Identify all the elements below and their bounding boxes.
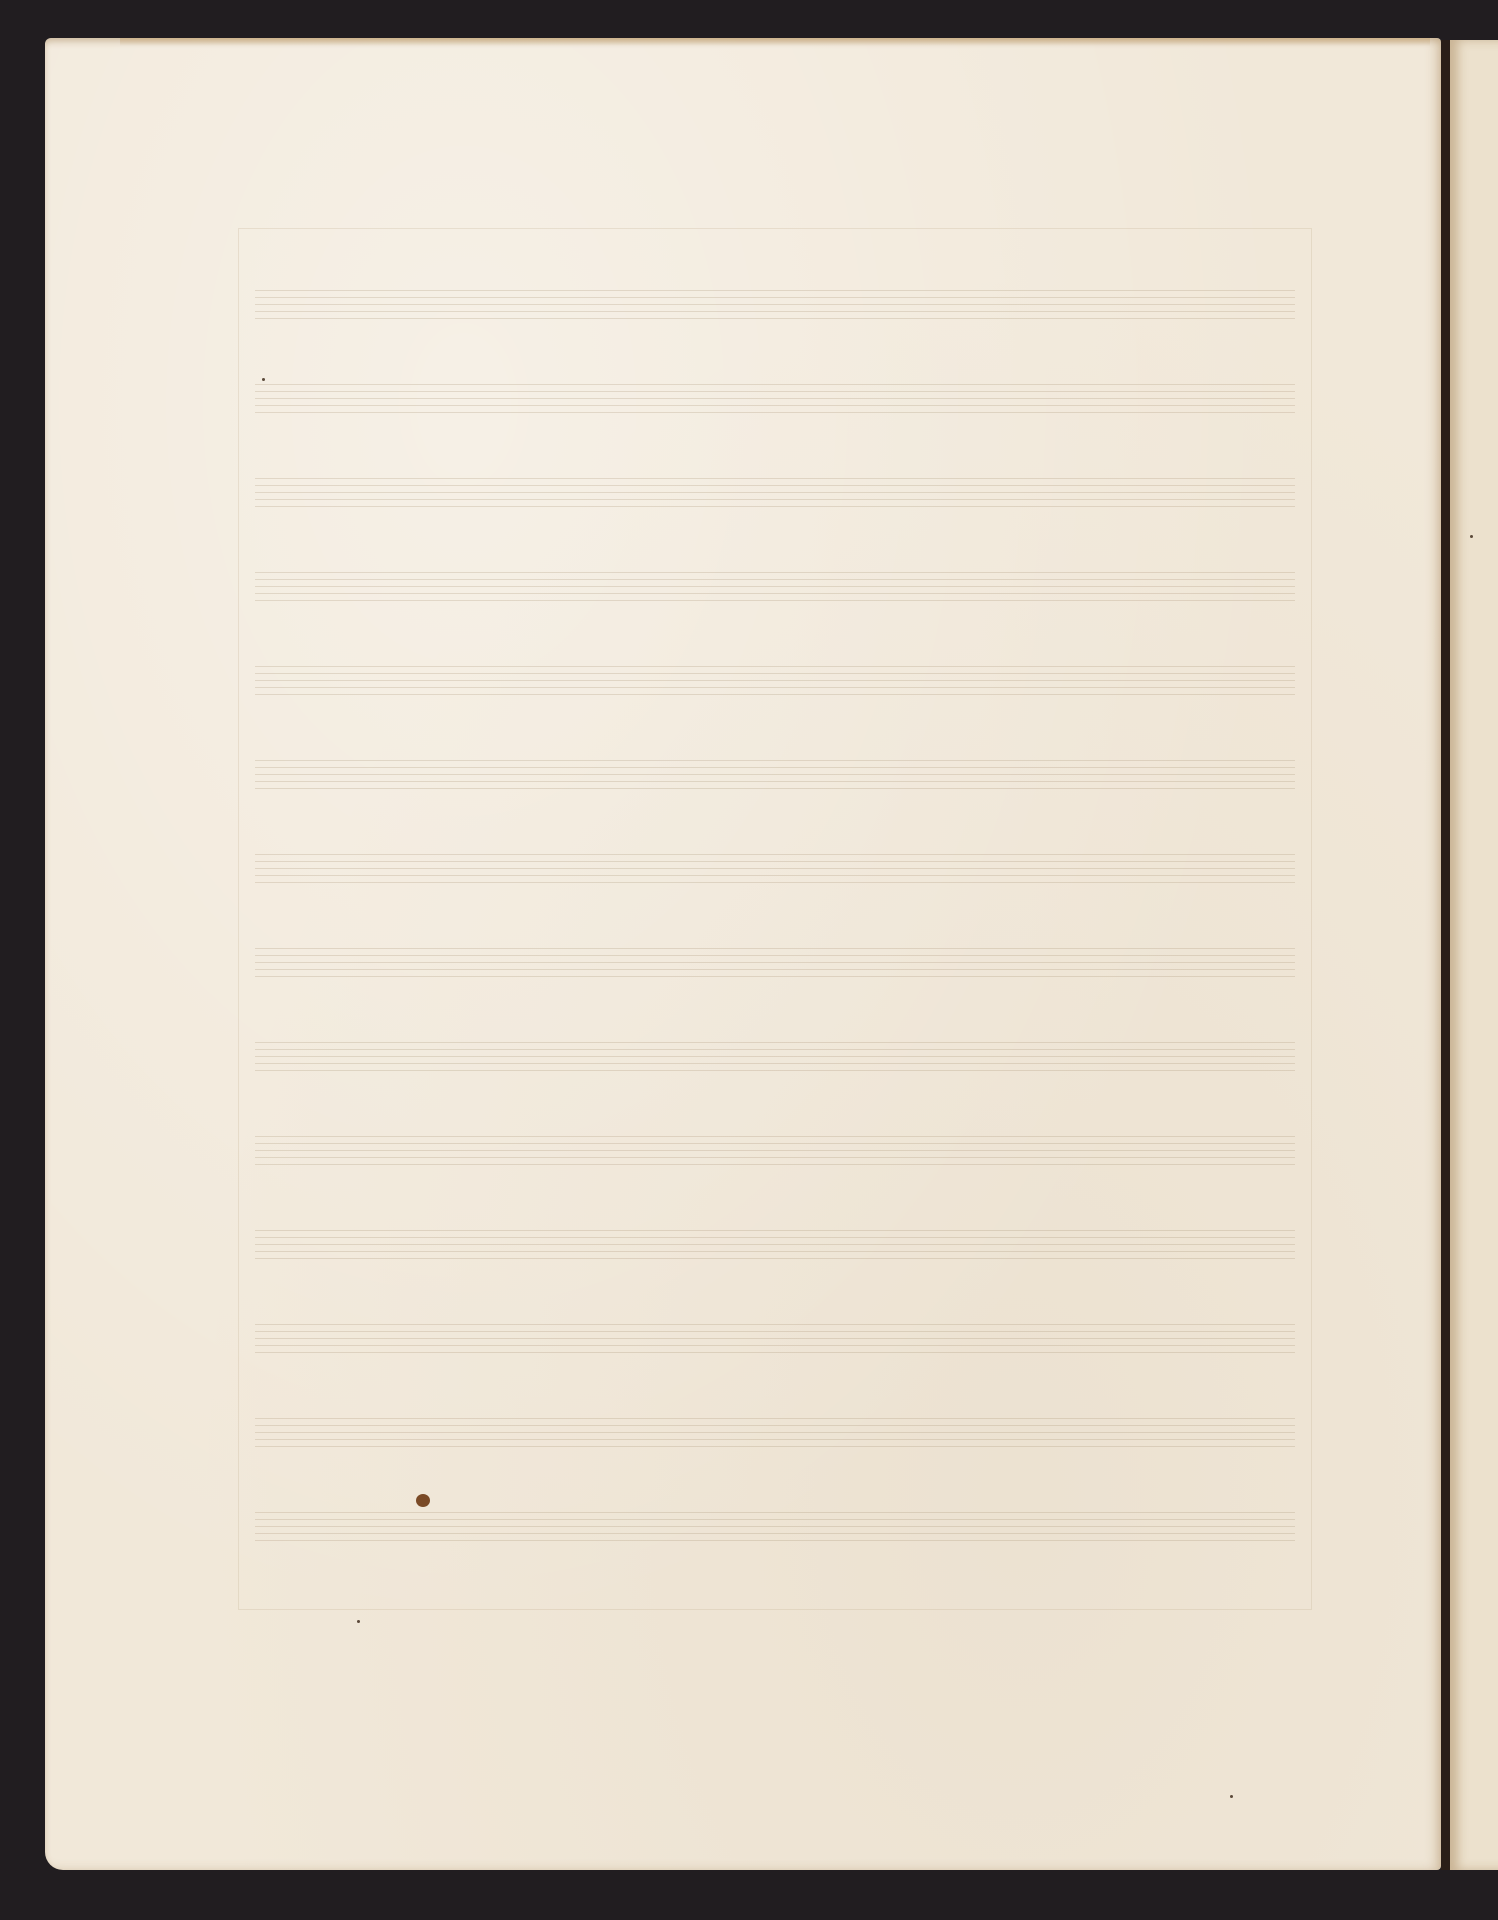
staff-system [255,1136,1295,1170]
staff-system [255,1042,1295,1076]
speck [1230,1795,1233,1798]
staff-system [255,478,1295,512]
staff-system [255,760,1295,794]
speck [262,378,265,381]
staff-system [255,572,1295,606]
staff-system [255,384,1295,418]
book-gutter [1441,40,1450,1870]
staff-system [255,1230,1295,1264]
staff-system [255,1324,1295,1358]
staff-system [255,854,1295,888]
staff-system [255,290,1295,324]
staff-system [255,948,1295,982]
staff-system [255,1512,1295,1546]
page-top-foxing [120,38,1430,46]
plate-mark [238,228,1312,1610]
speck [1470,535,1473,538]
staff-system [255,1418,1295,1452]
speck [357,1620,360,1623]
staff-system [255,666,1295,700]
ink-stain [416,1494,430,1507]
facing-page-edge [1450,40,1498,1870]
